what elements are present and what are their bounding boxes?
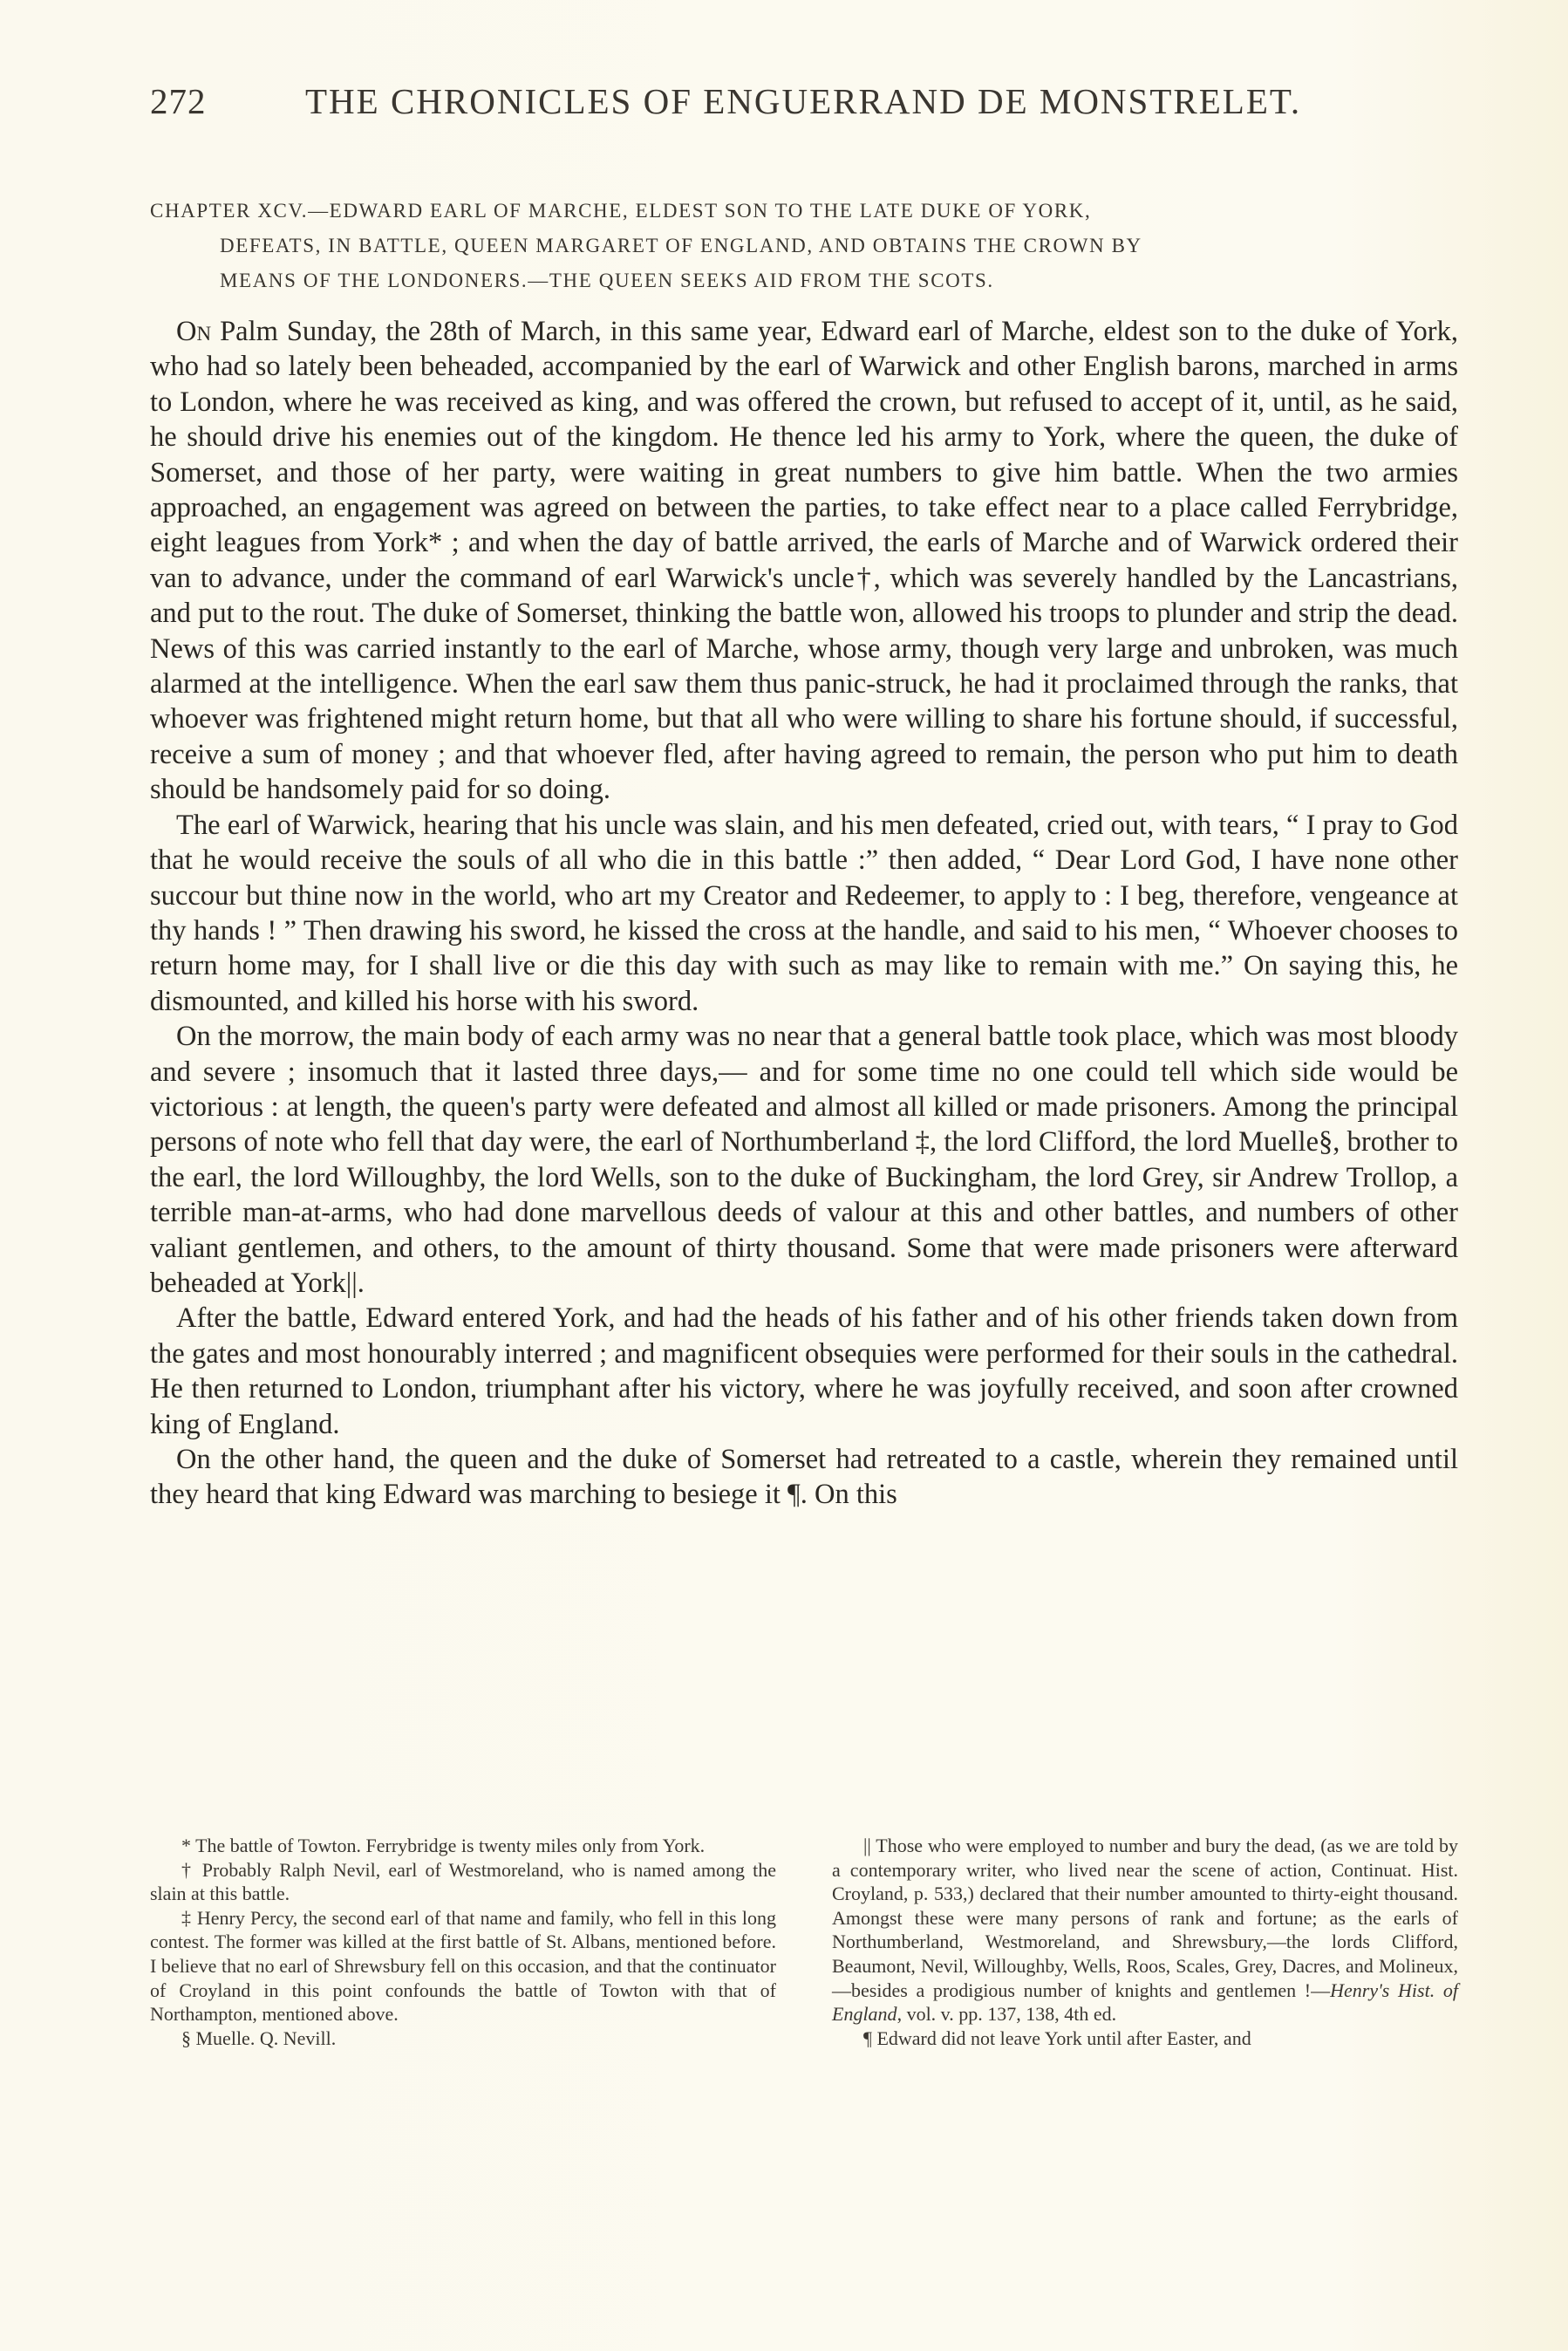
paragraph: On the other hand, the queen and the duk…	[150, 1442, 1458, 1513]
running-title: THE CHRONICLES OF ENGUERRAND DE MONSTREL…	[305, 80, 1301, 122]
running-head: 272 THE CHRONICLES OF ENGUERRAND DE MONS…	[150, 80, 1458, 133]
chapter-heading-line: MEANS OF THE LONDONERS.—THE QUEEN SEEKS …	[150, 263, 1456, 298]
page-number: 272	[150, 80, 207, 122]
footnote: § Muelle. Q. Nevill.	[150, 2026, 776, 2051]
footnotes: * The battle of Towton. Ferrybridge is t…	[150, 1834, 1458, 2050]
chapter-heading: CHAPTER XCV.—EDWARD EARL OF MARCHE, ELDE…	[150, 194, 1456, 298]
footnote: ‡ Henry Percy, the second earl of that n…	[150, 1906, 776, 2026]
footnote: † Probably Ralph Nevil, earl of Westmore…	[150, 1858, 776, 1906]
footnote: ¶ Edward did not leave York until after …	[832, 2026, 1458, 2051]
footnote: * The battle of Towton. Ferrybridge is t…	[150, 1834, 776, 1858]
body-text: On Palm Sunday, the 28th of March, in th…	[150, 314, 1458, 1513]
footnote: || Those who were employed to number and…	[832, 1834, 1458, 2026]
paragraph: The earl of Warwick, hearing that his un…	[150, 808, 1458, 1019]
chapter-heading-line: CHAPTER XCV.—EDWARD EARL OF MARCHE, ELDE…	[150, 194, 1456, 229]
footnotes-left-column: * The battle of Towton. Ferrybridge is t…	[150, 1834, 776, 2050]
paragraph-text: Palm Sunday, the 28th of March, in this …	[150, 316, 1458, 805]
book-page: 272 THE CHRONICLES OF ENGUERRAND DE MONS…	[0, 0, 1568, 2351]
footnote-text: || Those who were employed to number and…	[832, 1835, 1458, 2001]
footnotes-right-column: || Those who were employed to number and…	[832, 1834, 1458, 2050]
chapter-heading-line: DEFEATS, IN BATTLE, QUEEN MARGARET OF EN…	[150, 229, 1456, 263]
citation-details: , vol. v. pp. 137, 138, 4th ed.	[897, 2003, 1117, 2025]
drop-lead: On	[176, 316, 211, 347]
paragraph: On Palm Sunday, the 28th of March, in th…	[150, 314, 1458, 808]
paragraph: On the morrow, the main body of each arm…	[150, 1019, 1458, 1301]
paragraph: After the battle, Edward entered York, a…	[150, 1301, 1458, 1442]
